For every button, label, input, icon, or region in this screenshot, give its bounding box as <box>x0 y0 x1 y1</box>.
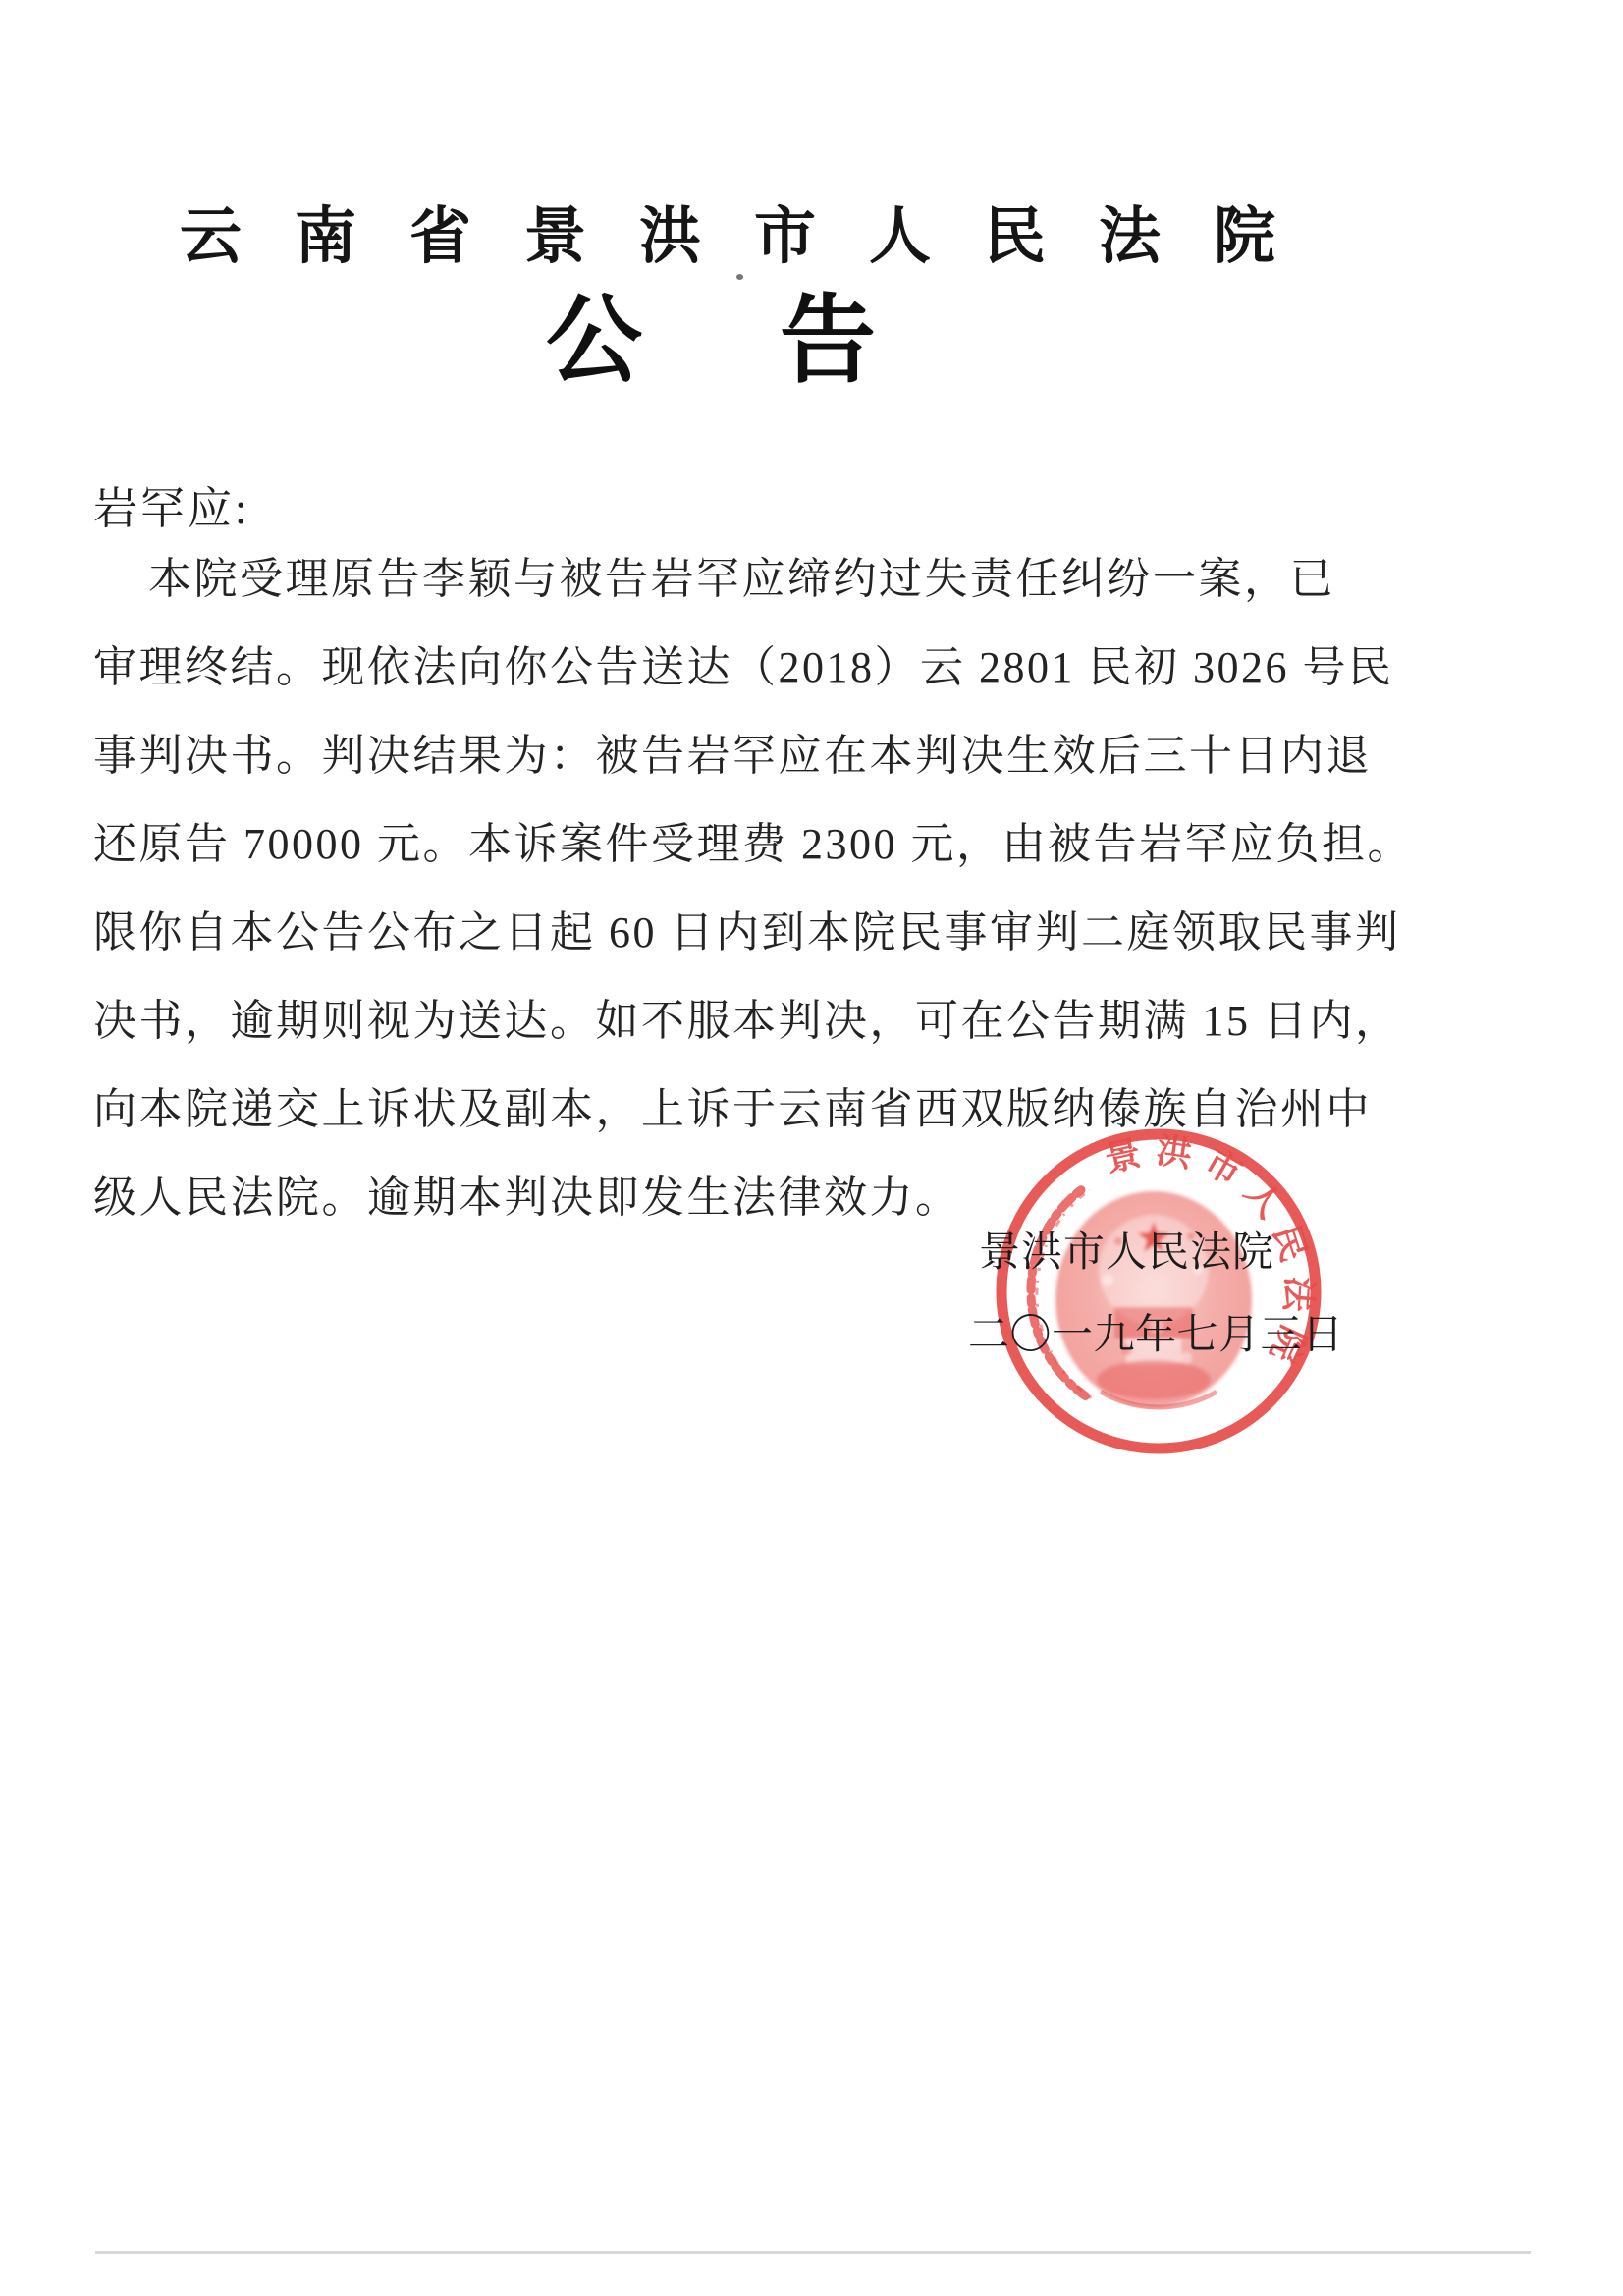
body-line: 本院受理原告李颖与被告岩罕应缔约过失责任纠纷一案，已 <box>93 535 1389 624</box>
court-seal: 景洪市人民法院 <box>990 1122 1327 1460</box>
body-line: 还原告 70000 元。本诉案件受理费 2300 元，由被告岩罕应负担。 <box>93 800 1389 889</box>
signature-date: 二〇一九年七月三日 <box>968 1302 1344 1361</box>
scan-footer-line-artifact <box>95 2251 1531 2254</box>
signature-court-name: 景洪市人民法院 <box>979 1220 1274 1279</box>
body-line: 事判决书。判决结果为：被告岩罕应在本判决生效后三十日内退 <box>93 712 1389 800</box>
notice-heading: 公告 <box>546 263 1013 402</box>
body-line: 审理终结。现依法向你公告送达（2018）云 2801 民初 3026 号民 <box>93 624 1389 712</box>
addressee-name: 岩罕应: <box>93 472 250 536</box>
body-line: 限你自本公告公布之日起 60 日内到本院民事审判二庭领取民事判 <box>93 889 1389 977</box>
scanned-court-notice-page: 云南省景洪市人民法院 公告 岩罕应: 本院受理原告李颖与被告岩罕应缔约过失责任纠… <box>0 0 1623 2296</box>
body-line: 决书，逾期则视为送达。如不服本判决，可在公告期满 15 日内， <box>93 977 1389 1066</box>
